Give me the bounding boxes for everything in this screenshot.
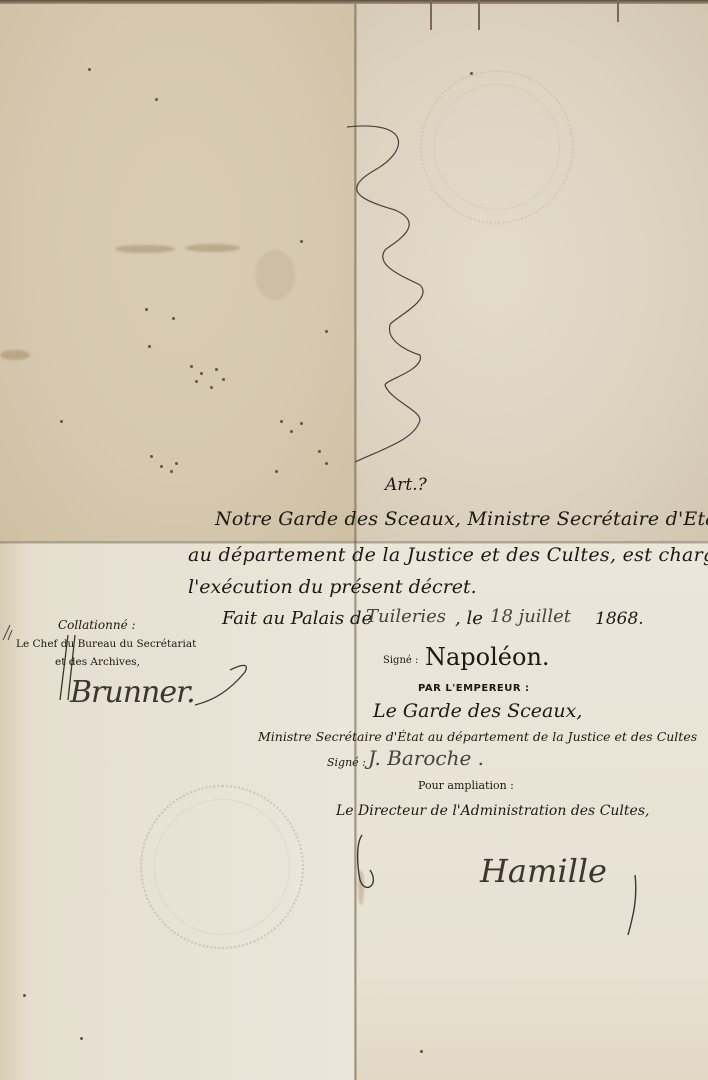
hamille-descender (628, 875, 636, 935)
margin-bracket-mark (3, 625, 12, 640)
dated-year: 1868. (595, 609, 644, 629)
cancellation-squiggle (347, 126, 423, 462)
dated-place-handwritten: Tuileries (366, 606, 446, 627)
minister-signature-handwritten: J. Baroche . (368, 746, 484, 770)
body-line-2: au département de la Justice et des Cult… (188, 544, 708, 566)
ampliation-label: Pour ampliation : (418, 779, 514, 792)
minister-signed-label: Signé : (327, 756, 366, 769)
emperor-signed-label: Signé : (383, 655, 418, 666)
document-page: Art.? Notre Garde des Sceaux, Ministre S… (0, 0, 708, 1080)
ampliation-title: Le Directeur de l'Administration des Cul… (336, 803, 649, 819)
handwriting-overlay (0, 0, 708, 1080)
dated-day-month-handwritten: 18 juillet (490, 606, 571, 627)
body-line-3: l'exécution du présent décret. (188, 576, 477, 598)
par-l-empereur: PAR L'EMPEREUR : (418, 683, 530, 694)
emperor-name: Napoléon. (425, 643, 550, 671)
body-line-1: Notre Garde des Sceaux, Ministre Secréta… (215, 508, 708, 530)
minister-title: Le Garde des Sceaux, (373, 700, 582, 722)
minister-subtitle: Ministre Secrétaire d'État au départemen… (258, 729, 697, 744)
hamille-initial-loop (358, 835, 374, 887)
article-heading: Art.? (385, 475, 427, 495)
collation-line-2: et des Archives, (55, 656, 140, 668)
collation-label: Collationné : (58, 618, 136, 632)
collation-line-1: Le Chef du Bureau du Secrétariat (16, 638, 196, 650)
ampliation-signature-handwritten: Hamille (480, 852, 607, 890)
collation-signature-handwritten: Brunner. (70, 675, 195, 710)
dated-prefix: Fait au Palais de (222, 608, 372, 629)
brunner-flourish (195, 665, 246, 705)
dated-le: , le (455, 608, 483, 629)
